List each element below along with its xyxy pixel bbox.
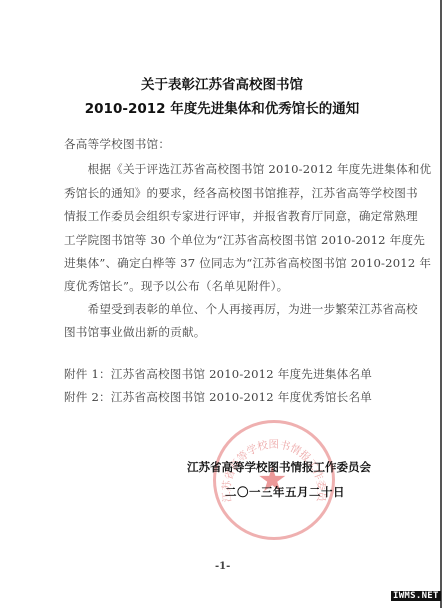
body-line: 情报工作委员会组织专家进行评审，并报省教育厅同意，确定常熟理 — [64, 208, 418, 224]
body-line: 进集体”、确定白桦等 37 位同志为“江苏省高校图书馆 2010-2012 年 — [64, 255, 431, 271]
body-line: 根据《关于评选江苏省高校图书馆 2010-2012 年度先进集体和优 — [64, 161, 431, 177]
body-line: 工学院图书馆等 30 个单位为“江苏省高校图书馆 2010-2012 年度先 — [64, 232, 425, 248]
document-title-line1: 关于表彰江苏省高校图书馆 — [0, 73, 444, 93]
body-line: 图书馆事业做出新的贡献。 — [64, 324, 206, 340]
signature-date: 二〇一三年五月二十日 — [225, 484, 345, 500]
attachment-1: 附件 1：江苏省高校图书馆 2010-2012 年度先进集体名单 — [64, 366, 372, 382]
watermark-logo: IWMS.NET — [391, 591, 441, 601]
document-title-line2: 2010-2012 年度先进集体和优秀馆长的通知 — [0, 97, 444, 117]
attachment-2: 附件 2：江苏省高校图书馆 2010-2012 年度优秀馆长名单 — [64, 389, 372, 405]
greeting: 各高等学校图书馆： — [64, 136, 170, 152]
official-seal: 江苏省高等学校图书情报工作委员会 ★ — [213, 420, 335, 540]
body-line: 度优秀馆长”。现予以公布（名单见附件）。 — [64, 278, 288, 294]
body-line: 希望受到表彰的单位、个人再接再厉，为进一步繁荣江苏省高校 — [64, 301, 418, 317]
body-line: 秀馆长的通知》的要求，经各高校图书馆推荐，江苏省高等学校图书 — [64, 185, 418, 201]
signature-organization: 江苏省高等学校图书情报工作委员会 — [187, 459, 371, 475]
page-number: -1- — [215, 561, 230, 572]
